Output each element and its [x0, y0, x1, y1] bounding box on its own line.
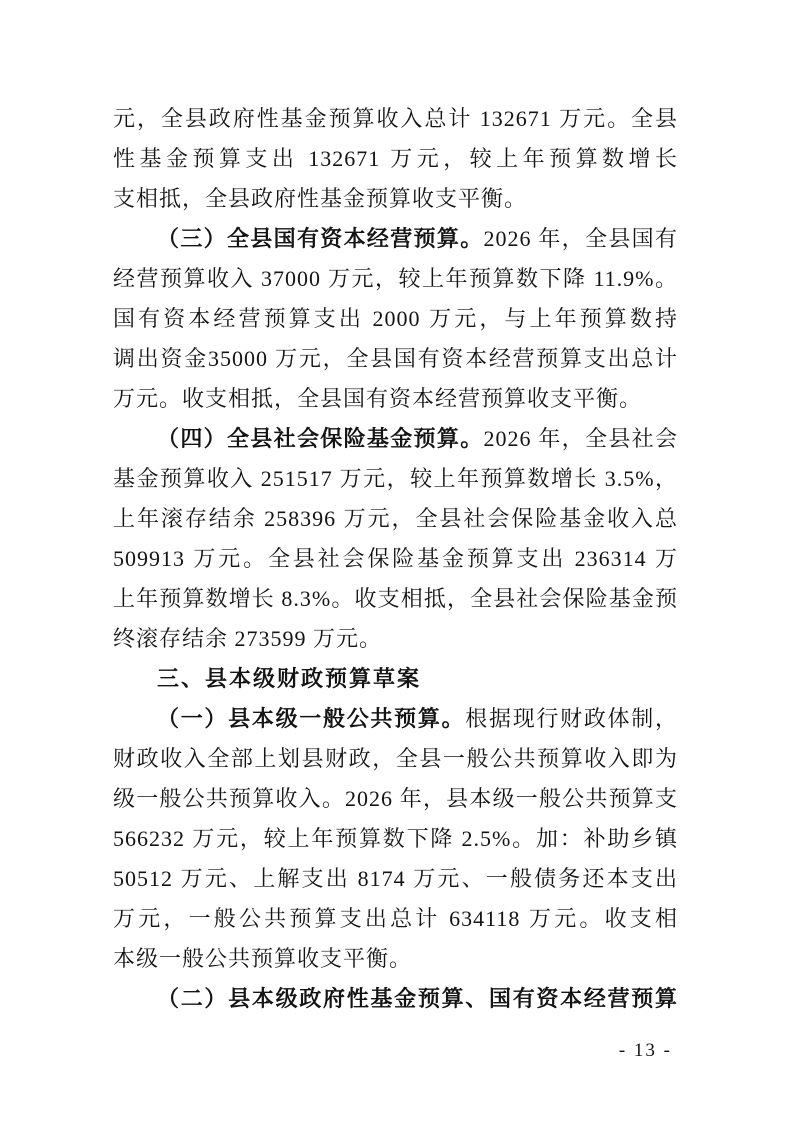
text-segment: 万元。收支相抵，全县国有资本经营预算收支平衡。 — [113, 386, 642, 411]
text-segment: 国有资本经营预算支出 2000 万元，与上年预算数持平，加： — [113, 306, 678, 339]
text-line: 元，全县政府性基金预算收入总计 132671 万元。全县政府 — [113, 99, 678, 139]
text-segment: 支相抵，全县政府性基金预算收支平衡。 — [113, 186, 527, 211]
bold-text-segment: （三）全县国有资本经营预算。 — [157, 226, 484, 251]
text-line: （四）全县社会保险基金预算。2026 年，全县社会保险 — [113, 419, 678, 459]
text-segment: 基金预算收入 251517 万元，较上年预算数增长 3.5%，加： — [113, 466, 678, 499]
section-heading: 三、县本级财政预算草案 — [113, 659, 678, 699]
text-segment: 上年滚存结余 258396 万元，全县社会保险基金收入总计 — [113, 506, 678, 539]
text-segment: 本级一般公共预算收支平衡。 — [113, 946, 412, 971]
text-line: 性基金预算支出 132671 万元，较上年预算数增长 79.7%。收 — [113, 139, 678, 179]
document-body: 元，全县政府性基金预算收入总计 132671 万元。全县政府性基金预算支出 13… — [113, 99, 678, 1019]
text-segment: 级一般公共预算收入。2026 年，县本级一般公共预算支出 — [113, 786, 678, 819]
text-line: 上年预算数增长 8.3%。收支相抵，全县社会保险基金预算年 — [113, 579, 678, 619]
text-segment: 566232 万元，较上年预算数下降 2.5%。加：补助乡镇支出 — [113, 826, 678, 859]
text-segment: 终滚存结余 273599 万元。 — [113, 626, 382, 651]
text-line: 国有资本经营预算支出 2000 万元，与上年预算数持平，加： — [113, 299, 678, 339]
text-segment: 509913 万元。全县社会保险基金预算支出 236314 万元，较 — [113, 546, 678, 579]
bold-text-segment: （四）全县社会保险基金预算。 — [157, 426, 484, 451]
text-line: 本级一般公共预算收支平衡。 — [113, 939, 678, 979]
text-segment: 性基金预算支出 132671 万元，较上年预算数增长 79.7%。收 — [113, 146, 678, 179]
text-line: （二）县本级政府性基金预算、国有资本经营预算和社 — [113, 979, 678, 1019]
text-line: 万元。收支相抵，全县国有资本经营预算收支平衡。 — [113, 379, 678, 419]
text-segment: 调出资金35000 万元，全县国有资本经营预算支出总计37000 — [113, 346, 678, 379]
text-line: 经营预算收入 37000 万元，较上年预算数下降 11.9%。全县 — [113, 259, 678, 299]
page-number: - 13 - — [619, 1040, 672, 1062]
text-segment: 元，全县政府性基金预算收入总计 132671 万元。全县政府 — [113, 106, 678, 139]
text-lines: 元，全县政府性基金预算收入总计 132671 万元。全县政府性基金预算支出 13… — [113, 99, 678, 1019]
text-line: 上年滚存结余 258396 万元，全县社会保险基金收入总计 — [113, 499, 678, 539]
text-segment: 万元，一般公共预算支出总计 634118 万元。收支相抵，县 — [113, 906, 678, 939]
text-line: 万元，一般公共预算支出总计 634118 万元。收支相抵，县 — [113, 899, 678, 939]
text-segment: 财政收入全部上划县财政，全县一般公共预算收入即为县本 — [113, 746, 678, 779]
text-line: 级一般公共预算收入。2026 年，县本级一般公共预算支出 — [113, 779, 678, 819]
bold-text-segment: 三、县本级财政预算草案 — [157, 666, 421, 691]
text-line: 调出资金35000 万元，全县国有资本经营预算支出总计37000 — [113, 339, 678, 379]
document-page: 元，全县政府性基金预算收入总计 132671 万元。全县政府性基金预算支出 13… — [0, 0, 793, 1122]
bold-text-segment: （一）县本级一般公共预算。 — [157, 706, 465, 731]
text-segment: 上年预算数增长 8.3%。收支相抵，全县社会保险基金预算年 — [113, 586, 678, 619]
text-line: 终滚存结余 273599 万元。 — [113, 619, 678, 659]
text-line: （一）县本级一般公共预算。根据现行财政体制，乡镇 — [113, 699, 678, 739]
text-segment: 50512 万元、上解支出 8174 万元、一般债务还本支出 9200 — [113, 866, 678, 899]
text-line: 财政收入全部上划县财政，全县一般公共预算收入即为县本 — [113, 739, 678, 779]
text-line: （三）全县国有资本经营预算。2026 年，全县国有资本 — [113, 219, 678, 259]
text-line: 509913 万元。全县社会保险基金预算支出 236314 万元，较 — [113, 539, 678, 579]
text-line: 566232 万元，较上年预算数下降 2.5%。加：补助乡镇支出 — [113, 819, 678, 859]
text-segment: 经营预算收入 37000 万元，较上年预算数下降 11.9%。全县 — [113, 266, 678, 299]
text-line: 50512 万元、上解支出 8174 万元、一般债务还本支出 9200 — [113, 859, 678, 899]
bold-text-segment: （二）县本级政府性基金预算、国有资本经营预算和社 — [157, 986, 678, 1019]
text-line: 支相抵，全县政府性基金预算收支平衡。 — [113, 179, 678, 219]
text-line: 基金预算收入 251517 万元，较上年预算数增长 3.5%，加： — [113, 459, 678, 499]
